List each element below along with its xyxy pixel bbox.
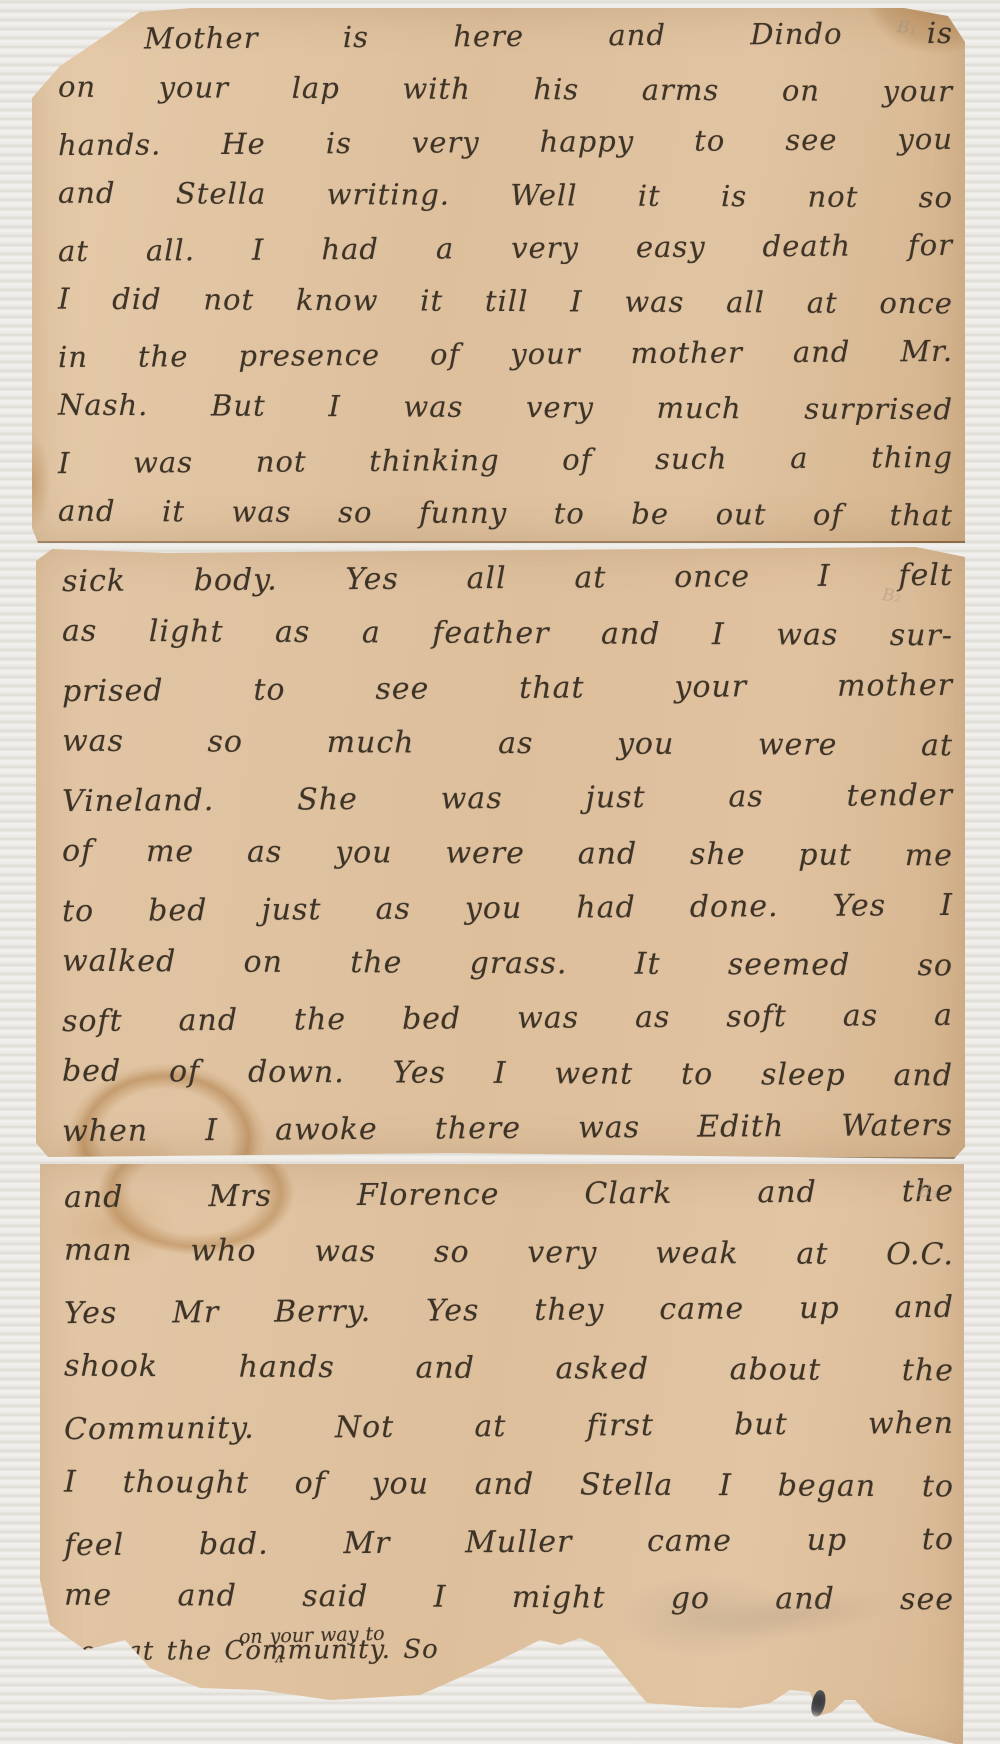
- pencil-annotation-b2: B₂: [881, 585, 902, 607]
- handwritten-line: feel bad. Mr Muller came up to: [64, 1511, 954, 1575]
- paper-strip-2: sick body. Yes all at once I feltas ligh…: [36, 547, 965, 1159]
- handwritten-line: Vineland. She was just as tender: [62, 768, 953, 829]
- handwritten-line: was so much as you were at: [62, 714, 953, 774]
- strip-1-text: Mother is here and Dindo ison your lap w…: [58, 10, 953, 540]
- handwritten-line: Yes Mr Berry. Yes they came up and: [64, 1279, 954, 1343]
- pencil-annotation-b1: B₁: [896, 17, 917, 39]
- handwritten-line: walked on the grass. It seemed so: [62, 934, 953, 994]
- handwritten-line: shook hands and asked about the: [64, 1338, 954, 1401]
- handwritten-line: you at the Community. Soon your way to: [64, 1622, 705, 1678]
- interline-insertion: on your way to: [238, 1608, 385, 1664]
- pencil-annotation-b3: B₃: [917, 1181, 938, 1203]
- handwritten-line: bed of down. Yes I went to sleep and: [62, 1044, 953, 1104]
- handwritten-line: Nash. But I was very much surprised: [58, 379, 953, 437]
- handwritten-line: and Mrs Florence Clark and the: [64, 1163, 954, 1227]
- handwritten-line: soft and the bed was as soft as a: [62, 988, 953, 1049]
- handwritten-line: of me as you were and she put me: [62, 824, 953, 884]
- handwritten-line: prised to see that your mother: [62, 658, 953, 719]
- handwritten-line: and it was so funny to be out of that: [58, 485, 953, 543]
- strip-2-text: sick body. Yes all at once I feltas ligh…: [62, 551, 953, 1156]
- handwritten-line: on your lap with his arms on your: [58, 61, 953, 119]
- handwritten-line: to bed just as you had done. Yes I: [62, 878, 953, 939]
- handwritten-line: at all. I had a very easy death for: [58, 219, 953, 278]
- handwritten-line: sick body. Yes all at once I felt: [62, 548, 953, 609]
- handwritten-line: Mother is here and Dindo is: [58, 7, 953, 66]
- handwritten-line: as light as a feather and I was sur-: [62, 604, 953, 664]
- handwritten-line: in the presence of your mother and Mr.: [58, 325, 953, 384]
- paper-strip-1: Mother is here and Dindo ison your lap w…: [32, 8, 965, 543]
- scanned-letter: Mother is here and Dindo ison your lap w…: [0, 0, 1000, 1744]
- handwritten-line: and Stella writing. Well it is not so: [58, 167, 953, 225]
- handwritten-line: I thought of you and Stella I began to: [64, 1454, 954, 1517]
- handwritten-line: when I awoke there was Edith Waters: [62, 1098, 953, 1159]
- paper-strip-3: and Mrs Florence Clark and theman who wa…: [38, 1164, 966, 1744]
- handwritten-line: man who was so very weak at O.C.: [64, 1222, 954, 1285]
- handwritten-line: I was not thinking of such a thing: [58, 431, 953, 490]
- handwritten-line: I did not know it till I was all at once: [58, 273, 953, 331]
- handwritten-line: hands. He is very happy to see you: [58, 113, 953, 172]
- handwritten-line: Community. Not at first but when: [64, 1395, 954, 1459]
